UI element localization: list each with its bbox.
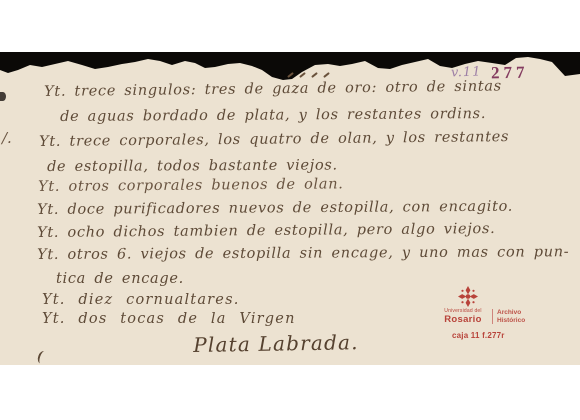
manuscript-line: Yt. dos tocas de la Virgen [42,311,296,327]
manuscript-line: Yt. otros 6. viejos de estopilla sin enc… [37,244,569,263]
scan-page: v.11 277 /. Yt. trece singulos: tres de … [0,0,580,420]
insertion-marks [287,74,330,76]
watermark-divider [492,309,493,324]
watermark-archive-line1: Archivo [497,309,525,317]
rosario-cross-icon [458,286,478,307]
manuscript-line: Yt. otros corporales buenos de olan. [38,176,344,195]
watermark-archive-line2: Histórico [497,317,525,325]
manuscript-photo: v.11 277 /. Yt. trece singulos: tres de … [0,52,580,365]
watermark-institution-bold: Rosario [438,315,488,325]
cropped-line-stroke [36,350,49,365]
paper-tear-speck [0,92,6,101]
manuscript-line: tica de encage. [56,271,184,287]
manuscript-line: Yt. diez cornualtares. [42,292,240,308]
section-heading: Plata Labrada. [193,330,359,357]
manuscript-line: de aguas bordado de plata, y los restant… [60,106,486,125]
archive-watermark: Universidad del Rosario Archivo Históric… [438,286,542,340]
manuscript-line: Yt. doce purificadores nuevos de estopil… [37,199,513,218]
manuscript-line: Yt. trece corporales, los quatro de olan… [39,129,509,150]
manuscript-line: Yt. ocho dichos tambien de estopilla, pe… [37,221,495,241]
manuscript-line: de estopilla, todos bastante viejos. [47,157,338,175]
manuscript-line: Yt. trece singulos: tres de gaza de oro:… [44,78,502,100]
margin-note: /. [2,129,12,147]
watermark-reference: caja 11 f.277r [452,331,542,340]
